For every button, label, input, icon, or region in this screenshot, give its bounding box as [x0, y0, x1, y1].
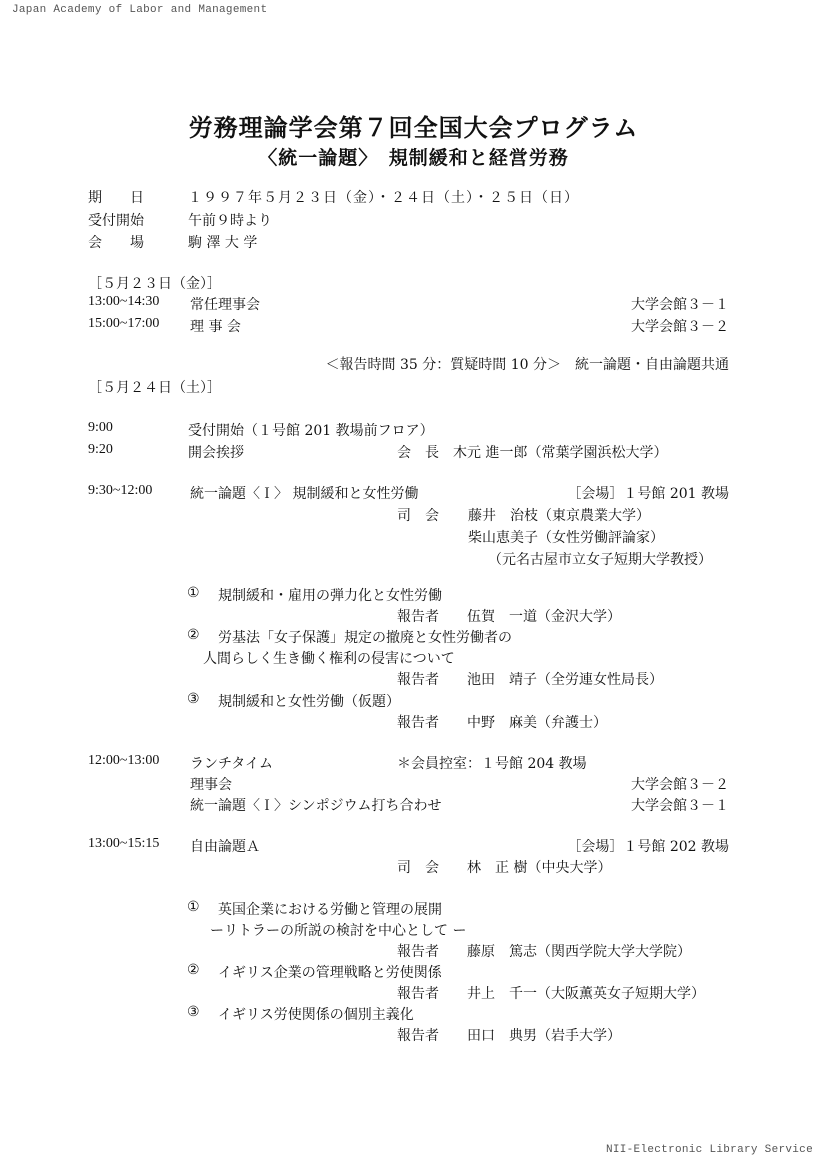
session1-chair-label: 司 会 — [397, 505, 439, 525]
report-title: 英国企業における労働と管理の展開 — [218, 899, 442, 919]
lunch-note: ＊会員控室：１号館 204 教場 — [397, 753, 587, 773]
lunch-row-event: 理事会 — [190, 774, 232, 794]
session2-time: 13:00~15:15 — [88, 836, 159, 852]
session1-title: 統一論題〈Ｉ〉 規制緩和と女性労働 — [190, 483, 418, 503]
lunch-row-place: 大学会館３－２ — [631, 774, 729, 794]
report-title: イギリス労使関係の個別主義化 — [218, 1004, 414, 1024]
report-title: 規制緩和・雇用の弾力化と女性労働 — [218, 585, 442, 605]
lunch-row-place: 大学会館３－１ — [631, 795, 729, 815]
header-watermark: Japan Academy of Labor and Management — [12, 4, 267, 16]
day1-row-time: 13:00~14:30 — [88, 294, 159, 310]
session1-time: 9:30~12:00 — [88, 483, 152, 499]
report-number: ① — [187, 585, 200, 601]
lunch-event: ランチタイム — [190, 753, 273, 773]
day1-row-time: 15:00~17:00 — [88, 316, 159, 332]
reception-time: 9:00 — [88, 420, 113, 436]
report-number: ③ — [187, 691, 200, 707]
session1-chair1: 藤井 治枝（東京農業大学） — [468, 505, 650, 525]
date-label: 期 日 — [88, 187, 144, 207]
report-number: ② — [187, 962, 200, 978]
document-title: 労務理論学会第７回全国大会プログラム — [0, 108, 827, 143]
opening-event: 開会挨拶 — [188, 442, 244, 462]
report-title: 規制緩和と女性労働（仮題） — [218, 691, 400, 711]
report-number: ① — [187, 899, 200, 915]
report-reporter: 報告者 井上 千一（大阪薫英女子短期大学） — [397, 983, 705, 1003]
reception-event: 受付開始（１号館 201 教場前フロア） — [188, 420, 434, 440]
session1-chair2-note: （元名古屋市立女子短期大学教授） — [488, 549, 712, 569]
session1-venue: ［会場］１号館 201 教場 — [567, 483, 729, 503]
day2-heading: ［５月２４日（土）］ — [88, 377, 221, 397]
session1-chair2: 柴山恵美子（女性労働評論家） — [468, 527, 664, 547]
day1-row-place: 大学会館３－１ — [631, 294, 729, 314]
day1-row-event: 理 事 会 — [190, 316, 241, 336]
reception-label: 受付開始 — [88, 210, 144, 230]
report-title: 労基法「女子保護」規定の撤廃と女性労働者の — [218, 627, 512, 647]
session2-chair: 司 会 林 正 樹（中央大学） — [397, 857, 611, 877]
report-number: ③ — [187, 1004, 200, 1020]
opening-time: 9:20 — [88, 442, 113, 458]
report-title: イギリス企業の管理戦略と労使関係 — [218, 962, 442, 982]
day1-heading: ［５月２３日（金）］ — [88, 273, 221, 293]
date-value: １９９７年５月２３日（金）・２４日（土）・２５日（日） — [188, 187, 579, 207]
venue-label: 会 場 — [88, 232, 144, 252]
report-title-line2: ーリトラーの所説の検討を中心として ー — [210, 920, 466, 940]
report-reporter: 報告者 藤原 篤志（関西学院大学大学院） — [397, 941, 691, 961]
lunch-time: 12:00~13:00 — [88, 753, 159, 769]
report-title-line2: 人間らしく生き働く権利の侵害について — [203, 648, 455, 668]
report-reporter: 報告者 中野 麻美（弁護士） — [397, 712, 607, 732]
lunch-row-event: 統一論題〈Ｉ〉シンポジウム打ち合わせ — [190, 795, 442, 815]
report-reporter: 報告者 池田 靖子（全労連女性局長） — [397, 669, 663, 689]
document-subtitle: 〈統一論題〉 規制緩和と経営労務 — [0, 143, 827, 170]
report-number: ② — [187, 627, 200, 643]
session2-title: 自由論題Ａ — [190, 836, 260, 856]
report-reporter: 報告者 伍賀 一道（金沢大学） — [397, 606, 621, 626]
opening-speaker: 会 長 木元 進一郎（常葉学園浜松大学） — [397, 442, 667, 462]
venue-value: 駒 澤 大 学 — [188, 232, 257, 252]
day1-row-place: 大学会館３－２ — [631, 316, 729, 336]
report-time-note: ＜報告時間 35 分：質疑時間 10 分＞ 統一論題・自由論題共通 — [326, 354, 729, 374]
reception-value: 午前９時より — [188, 210, 272, 230]
report-reporter: 報告者 田口 典男（岩手大学） — [397, 1025, 621, 1045]
footer-watermark: NII-Electronic Library Service — [606, 1144, 813, 1156]
day1-row-event: 常任理事会 — [190, 294, 260, 314]
session2-venue: ［会場］１号館 202 教場 — [567, 836, 729, 856]
